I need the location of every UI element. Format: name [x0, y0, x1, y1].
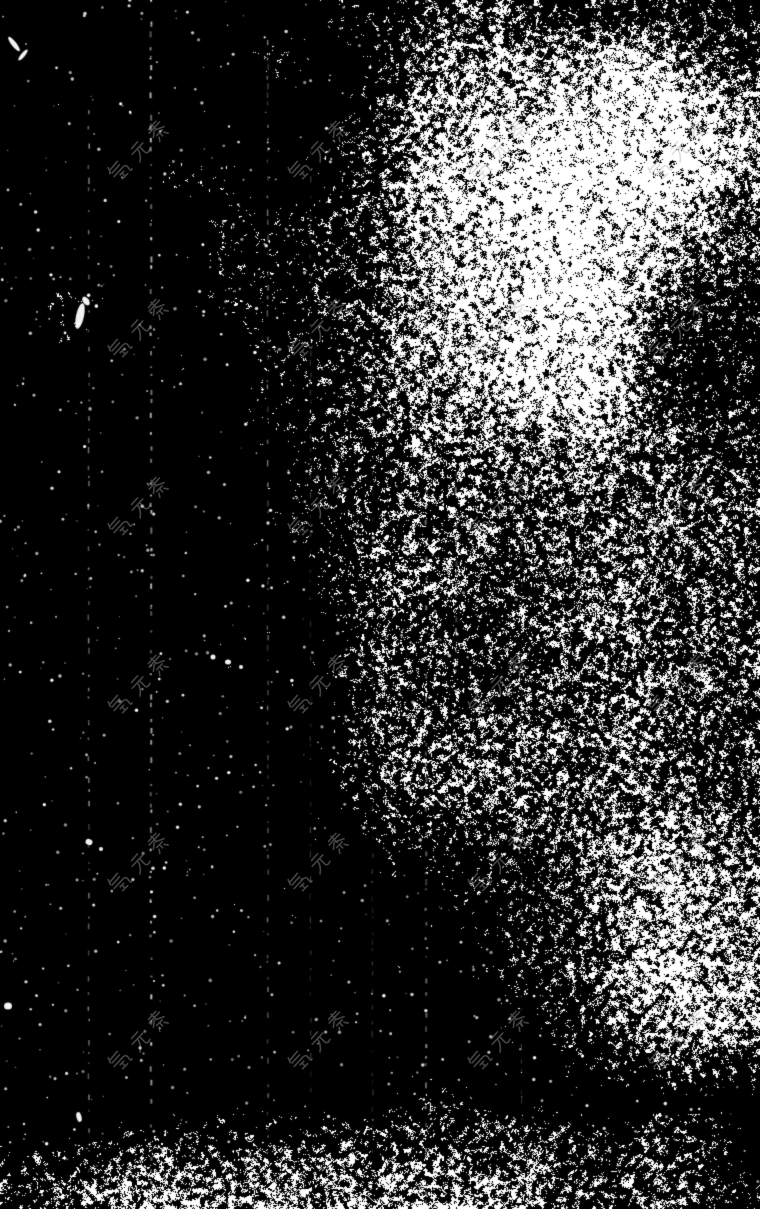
grunge-texture-canvas: [0, 0, 760, 1209]
grunge-texture-page: [0, 0, 760, 1209]
